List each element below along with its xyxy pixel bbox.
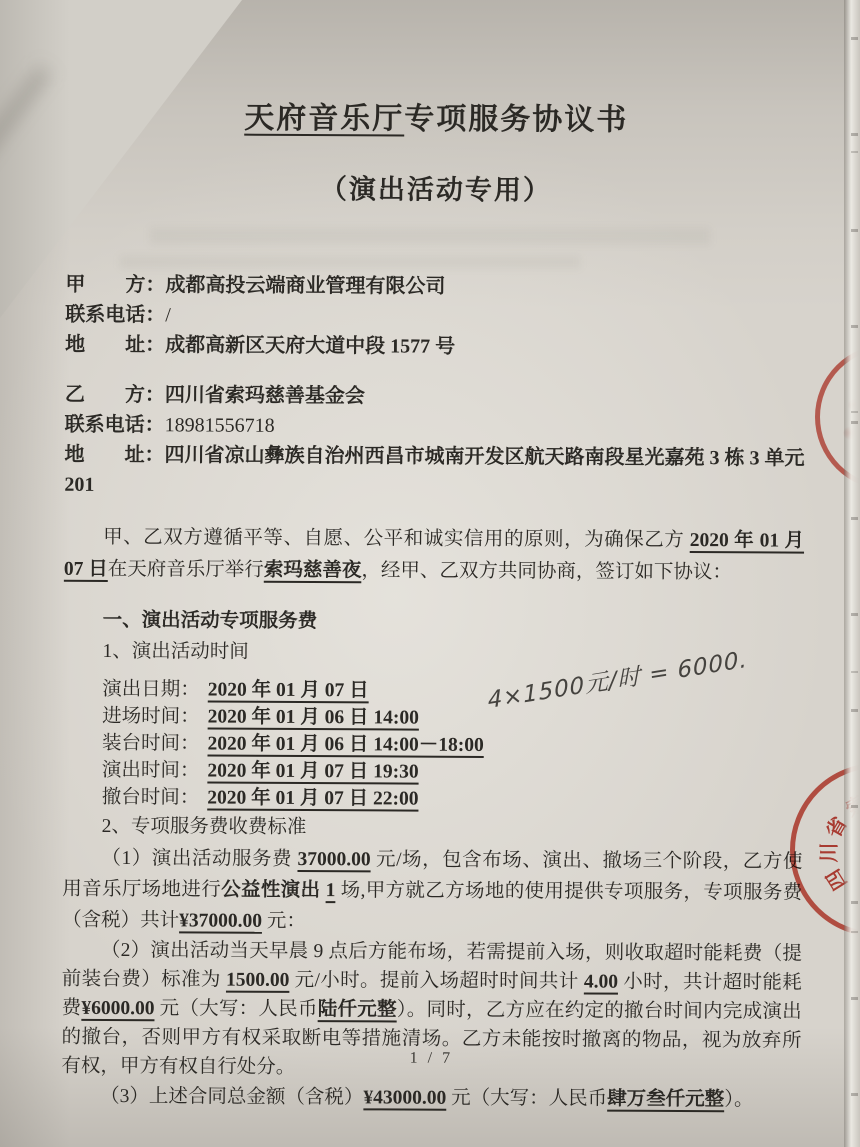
overtime-fee-words: 陆仟元整 xyxy=(318,999,397,1020)
service-fee-total: ¥37000.00 xyxy=(179,910,262,931)
schedule-value: 2020 年 01 月 06 日 14:00 xyxy=(208,707,419,729)
party-b-address: 四川省凉山彝族自治州西昌市城南开发区航天路南段星光嘉苑 3 栋 3 单元 201 xyxy=(64,444,804,496)
intro-paragraph: 甲、乙双方遵循平等、自愿、公平和诚实信用的原则，为确保乙方 2020 年 01 … xyxy=(64,522,804,590)
seal-character: 四 xyxy=(817,864,852,896)
clause-text: （1）演出活动服务费 xyxy=(101,848,297,870)
seal-character: 索 xyxy=(839,787,860,822)
overtime-fee-total: ¥6000.00 xyxy=(81,998,154,1019)
schedule-label: 撤台时间： xyxy=(102,787,200,809)
party-a-name: 成都高投云端商业管理有限公司 xyxy=(165,274,445,297)
sheet-corner-shadow xyxy=(0,67,49,416)
schedule-value: 2020 年 01 月 07 日 xyxy=(208,680,369,702)
party-b-address-row: 地 址：四川省凉山彝族自治州西昌市城南开发区航天路南段星光嘉苑 3 栋 3 单元… xyxy=(64,440,804,504)
page-stack-edge xyxy=(844,0,860,1147)
clause-3-paragraph: （3）上述合同总金额（含税）¥43000.00 元（大写：人民币肆万叁仟元整）。 xyxy=(61,1081,801,1116)
party-a-role-label: 甲 方： xyxy=(65,274,165,297)
section-1-heading: 一、演出活动专项服务费 xyxy=(64,606,804,640)
schedule-label: 演出时间： xyxy=(102,760,200,782)
photographed-contract-page: 天府音乐厅专项服务协议书 （演出活动专用） 甲 方：成都高投云端商业管理有限公司… xyxy=(0,0,860,1147)
left-edge-shadow xyxy=(0,0,70,1147)
party-a-block: 甲 方：成都高投云端商业管理有限公司 联系电话：/ 地 址：成都高新区天府大道中… xyxy=(65,270,805,364)
schedule-list: 演出日期：2020 年 01 月 07 日 进场时间：2020 年 01 月 0… xyxy=(63,676,804,815)
schedule-value: 2020 年 01 月 06 日 14:00－18:00 xyxy=(207,734,483,756)
intro-text: 甲、乙双方遵循平等、自愿、公平和诚实信用的原则，为确保乙方 xyxy=(103,527,690,551)
party-b-name-row: 乙 方：四川省索玛慈善基金会 xyxy=(65,380,805,414)
document-title: 天府音乐厅专项服务协议书 xyxy=(66,98,806,142)
party-b-role-label: 乙 方： xyxy=(65,384,165,407)
schedule-label: 进场时间： xyxy=(102,706,200,728)
subsection-2-heading: 2、专项服务费收费标准 xyxy=(63,812,803,846)
schedule-row-setup-time: 装台时间：2020 年 01 月 06 日 14:00－18:00 xyxy=(63,730,803,761)
overtime-hours: 4.00 xyxy=(584,971,618,992)
party-a-address-label: 地 址： xyxy=(65,334,165,357)
intro-text: 在天府音乐厅举行 xyxy=(108,559,264,581)
hourly-rate: 1500.00 xyxy=(226,970,289,991)
party-a-phone-label: 联系电话： xyxy=(65,304,165,327)
document-body: 天府音乐厅专项服务协议书 （演出活动专用） 甲 方：成都高投云端商业管理有限公司… xyxy=(61,0,807,1116)
schedule-value: 2020 年 01 月 07 日 19:30 xyxy=(207,761,418,783)
service-fee-amount: 37000.00 xyxy=(297,849,370,870)
schedule-row-entry-time: 进场时间：2020 年 01 月 06 日 14:00 xyxy=(63,703,803,734)
title-rest-part: 专项服务协议书 xyxy=(404,103,628,137)
party-a-address: 成都高新区天府大道中段 1577 号 xyxy=(165,334,455,358)
clause-text: （3）上述合同总金额（含税） xyxy=(100,1086,363,1108)
intro-text: ，经甲、乙双方共同协商，签订如下协议： xyxy=(361,560,732,583)
party-a-phone-row: 联系电话：/ xyxy=(65,300,805,334)
title-underlined-part: 天府音乐厅 xyxy=(244,102,404,136)
party-b-block: 乙 方：四川省索玛慈善基金会 联系电话：18981556718 地 址：四川省凉… xyxy=(64,380,805,504)
party-a-address-row: 地 址：成都高新区天府大道中段 1577 号 xyxy=(65,330,805,364)
clause-text: 元： xyxy=(262,911,306,932)
contract-total-amount: ¥43000.00 xyxy=(363,1087,446,1108)
schedule-label: 演出日期： xyxy=(102,679,200,701)
document-subtitle: （演出活动专用） xyxy=(66,168,806,212)
party-b-address-label: 地 址： xyxy=(64,444,164,467)
clause-text: 元（大写：人民币 xyxy=(154,998,317,1020)
schedule-row-teardown-time: 撤台时间：2020 年 01 月 07 日 22:00 xyxy=(63,784,803,815)
clause-text: 元（大写：人民币 xyxy=(446,1088,607,1110)
party-b-phone-row: 联系电话：18981556718 xyxy=(65,410,805,444)
party-b-name: 四川省索玛慈善基金会 xyxy=(165,384,365,407)
schedule-label: 装台时间： xyxy=(102,733,200,755)
seal-character: 川 xyxy=(813,843,842,863)
event-name: 索玛慈善夜 xyxy=(264,560,362,582)
clause-text: ）。 xyxy=(724,1089,753,1110)
party-b-phone: 18981556718 xyxy=(165,414,275,437)
clause-text: 元/小时。提前入场超时时间共计 xyxy=(289,970,584,993)
clause-text-bold: 公益性演出 xyxy=(221,880,326,902)
red-seal-stamp-upper-icon xyxy=(815,344,860,490)
seal-character: 省 xyxy=(817,811,852,843)
party-a-phone: / xyxy=(165,304,171,326)
contract-total-words: 肆万叁仟元整 xyxy=(607,1089,724,1111)
page-stack-edge-marks xyxy=(851,0,858,1147)
schedule-value: 2020 年 01 月 07 日 22:00 xyxy=(207,788,418,810)
clause-1-paragraph: （1）演出活动服务费 37000.00 元/场，包含布场、演出、撤场三个阶段，乙… xyxy=(62,843,802,940)
party-b-phone-label: 联系电话： xyxy=(65,414,165,437)
schedule-row-show-time: 演出时间：2020 年 01 月 07 日 19:30 xyxy=(63,757,803,788)
party-a-name-row: 甲 方：成都高投云端商业管理有限公司 xyxy=(65,270,805,304)
show-count: 1 xyxy=(326,880,336,901)
